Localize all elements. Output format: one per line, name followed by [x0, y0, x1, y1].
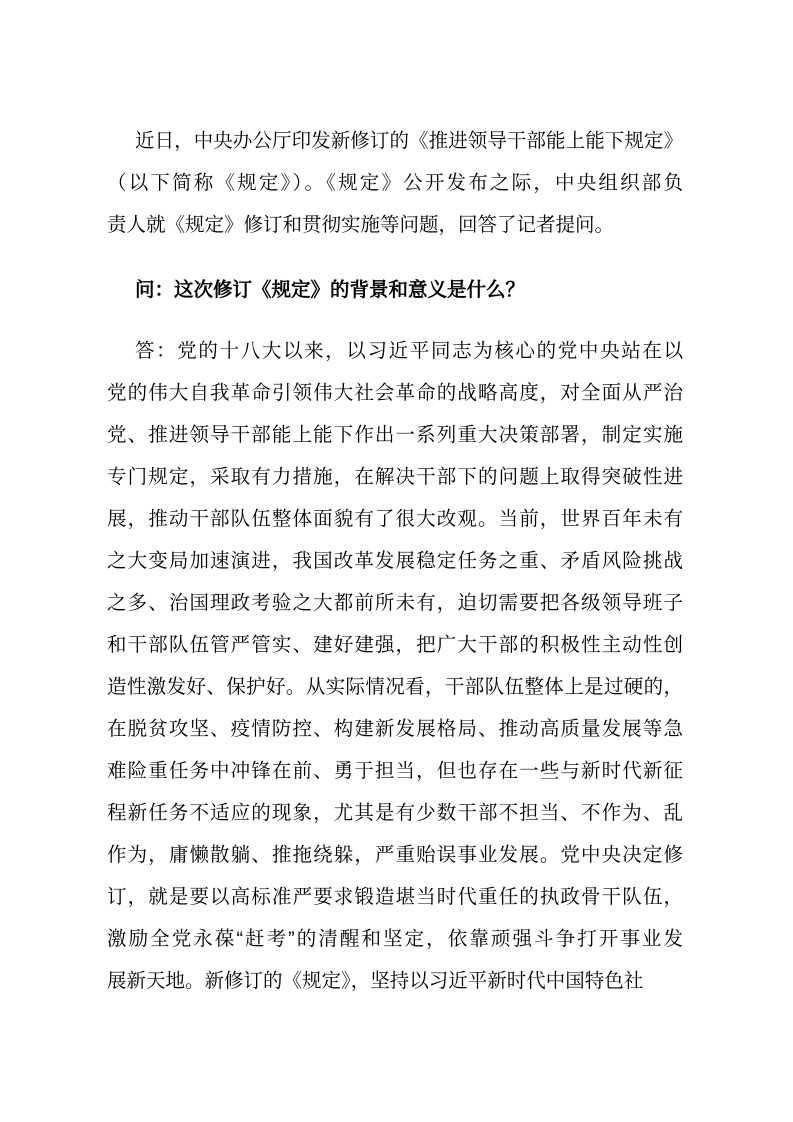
- text-line: 在脱贫攻坚、疫情防控、构建新发展格局、推动高质量发展等急: [107, 708, 683, 750]
- text-line: 之多、治国理政考验之大都前所未有，迫切需要把各级领导班子: [107, 582, 683, 624]
- question-heading: 问：这次修订《规定》的背景和意义是什么？: [107, 269, 683, 311]
- document-page: 近日，中央办公厅印发新修订的《推进领导干部能上能下规定》（以下简称《规定》）。《…: [0, 0, 793, 1122]
- text-line: 答：党的十八大以来，以习近平同志为核心的党中央站在以: [107, 330, 683, 372]
- document-body: 近日，中央办公厅印发新修订的《推进领导干部能上能下规定》（以下简称《规定》）。《…: [107, 120, 683, 1002]
- answer-paragraph: 答：党的十八大以来，以习近平同志为核心的党中央站在以党的伟大自我革命引领伟大社会…: [107, 330, 683, 1002]
- text-line: 造性激发好、保护好。从实际情况看，干部队伍整体上是过硬的，: [107, 666, 683, 708]
- text-line: 问：这次修订《规定》的背景和意义是什么？: [107, 269, 683, 311]
- text-line: 之大变局加速演进，我国改革发展稳定任务之重、矛盾风险挑战: [107, 540, 683, 582]
- text-line: 难险重任务中冲锋在前、勇于担当，但也存在一些与新时代新征: [107, 750, 683, 792]
- text-line: 作为，庸懒散躺、推拖绕躲，严重贻误事业发展。党中央决定修: [107, 834, 683, 876]
- text-line: 党、推进领导干部能上能下作出一系列重大决策部署，制定实施: [107, 414, 683, 456]
- text-line: 订，就是要以高标准严要求锻造堪当时代重任的执政骨干队伍，: [107, 876, 683, 918]
- text-line: （以下简称《规定》）。《规定》公开发布之际，中央组织部负: [107, 162, 683, 204]
- intro-paragraph: 近日，中央办公厅印发新修订的《推进领导干部能上能下规定》（以下简称《规定》）。《…: [107, 120, 683, 246]
- text-line: 激励全党永葆“赶考”的清醒和坚定，依靠顽强斗争打开事业发: [107, 918, 683, 960]
- text-line: 程新任务不适应的现象，尤其是有少数干部不担当、不作为、乱: [107, 792, 683, 834]
- text-line: 责人就《规定》修订和贯彻实施等问题，回答了记者提问。: [107, 204, 683, 246]
- text-line: 展新天地。新修订的《规定》，坚持以习近平新时代中国特色社: [107, 960, 683, 1002]
- text-line: 展，推动干部队伍整体面貌有了很大改观。当前，世界百年未有: [107, 498, 683, 540]
- text-line: 和干部队伍管严管实、建好建强，把广大干部的积极性主动性创: [107, 624, 683, 666]
- text-line: 专门规定，采取有力措施，在解决干部下的问题上取得突破性进: [107, 456, 683, 498]
- text-line: 近日，中央办公厅印发新修订的《推进领导干部能上能下规定》: [107, 120, 683, 162]
- text-line: 党的伟大自我革命引领伟大社会革命的战略高度，对全面从严治: [107, 372, 683, 414]
